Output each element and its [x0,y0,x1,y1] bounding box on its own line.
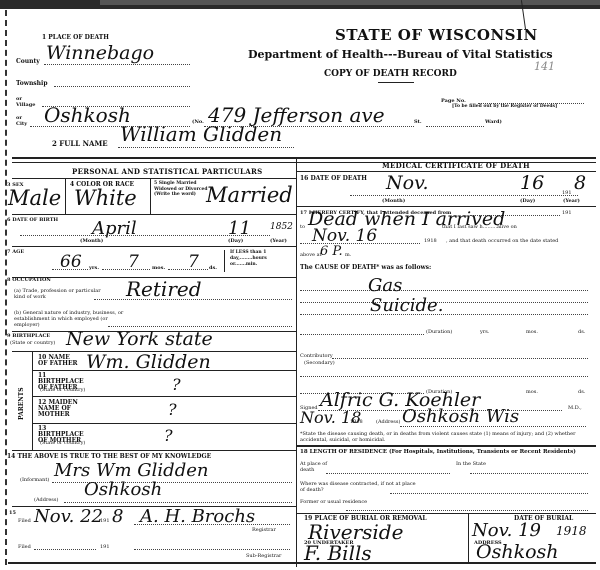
death-year-value: 1918 [424,238,437,244]
column-divider [296,157,297,567]
contributory-label: Contributory [300,353,333,359]
undertaker-address-value: Oshkosh [476,541,559,563]
disease-contracted-line [390,493,588,494]
informant-address-line [64,502,292,503]
informant-label: (Informant) [20,477,49,483]
cell-divider [468,513,469,563]
former-residence-line [346,510,588,511]
parents-divider [32,423,33,450]
scan-top-border-shadow [100,0,600,5]
street-label: St. [414,119,422,125]
ward-line [426,126,484,127]
row-divider [12,450,296,451]
days-unit: ds. [209,265,217,271]
city-value: Oshkosh [44,103,131,127]
marital-status-value: Married [206,183,293,207]
contributory-line-2 [300,376,588,377]
filed2-label: Filed [18,544,31,550]
dob-year-value: 1852 [270,222,293,232]
registrar-line [134,524,290,525]
filed-year-suffix: 8 [112,506,123,527]
subregistrar-line [134,549,290,550]
cause-line-3 [300,314,588,315]
contributory-line [332,358,588,359]
dod-day-caption: (Day) [520,198,535,204]
city-label: or City [16,115,30,127]
residence-label: 18 LENGTH OF RESIDENCE (For Hospitals, I… [300,449,576,455]
undertaker-value: F. Bills [304,541,372,565]
department-title: Department of Health---Bureau of Vital S… [248,48,553,61]
full-name-label: 2 FULL NAME [52,140,108,147]
death-occurred-text: , and that death occurred on the date st… [446,238,558,244]
row-divider [12,246,296,247]
cause-line-1 [300,290,588,291]
marital-status-label: 5 Single Married Widowed or Divorced (Wr… [154,181,210,198]
informant-address-value: Oshkosh [84,479,162,500]
cause-of-death-line-2: Suicide. [370,295,443,316]
ward-label: Ward) [485,119,502,125]
registrar-label: Registrar [252,527,276,533]
filed-date-value: Nov. 22 [34,506,103,527]
duration2-mos: mos. [526,389,538,395]
years-unit: yrs. [89,265,99,271]
row-divider [296,513,596,514]
physician-address-label: (Address) [376,419,400,425]
birthplace-sub-label: (State or country) [10,340,55,346]
cell-divider [150,178,151,214]
age-years-line [52,269,88,270]
last-saw-text: that I last saw h.........alive on [442,224,517,230]
duration-line [300,334,424,335]
place-of-death-label: 1 PLACE OF DEATH [42,34,109,41]
burial-date-value: Nov. 19 [472,520,541,541]
time-of-death-value: 6 P. [320,244,343,259]
stamp-number: 141 [534,60,555,73]
cause-of-death-label: The CAUSE OF DEATH* was as follows: [300,265,431,271]
mother-birthplace-sub-label: (State or country) [40,440,85,446]
duration-ds: ds. [578,329,585,335]
at-place-label: At place of death [300,461,330,473]
dob-label: 6 DATE OF BIRTH [7,217,58,223]
mother-maiden-label: 12 MAIDEN NAME OF MOTHER [38,400,98,418]
months-unit: mos. [152,265,165,271]
dob-day-caption: (Day) [228,238,243,244]
row-divider [12,214,296,215]
mother-birthplace-value: ? [164,426,173,445]
death-underline [378,82,414,83]
filed-label: Filed [18,518,31,524]
filed2-year: 191 [100,544,110,550]
informant-address-label: (Address) [34,497,58,503]
cause-line-2 [300,302,588,303]
row-divider [12,178,296,179]
secondary-label: (Secondary) [304,360,335,366]
less-than-day-label: If LESS than 1 day,........hours or.....… [230,250,294,268]
signed-year-value: 1918 [350,419,363,425]
age-label: 7 AGE [7,249,24,255]
duration-yrs: yrs. [480,329,489,335]
occupation-label: 8 OCCUPATION [7,277,51,283]
occupation-value: Retired [126,277,202,301]
race-value: White [74,186,137,210]
physician-address-value: Oshkosh Wis [402,406,519,427]
dod-month-caption: (Month) [382,198,405,204]
row-divider [32,396,296,397]
death-date-line [300,243,420,244]
duration-label: (Duration) [426,329,452,335]
personal-section-title: PERSONAL AND STATISTICAL PARTICULARS [72,167,262,176]
dob-day-value: 11 [228,218,251,239]
cause-of-death-line-1: Gas [368,275,402,296]
informant-value: Mrs Wm Glidden [54,460,208,481]
mother-maiden-value: ? [168,400,177,419]
filed2-line [34,549,96,550]
row-divider [296,206,596,207]
duration2-ds: ds. [578,389,585,395]
section-divider [12,157,596,159]
row-divider [296,171,596,172]
row-divider [296,445,596,447]
cell-divider [224,250,225,272]
above-at-label: above at [300,252,322,258]
filed-year-prefix: 191 [100,518,110,524]
physician-address-line [400,426,586,427]
township-line [54,86,190,87]
state-title: STATE OF WISCONSIN [335,26,538,44]
township-label: Township [16,80,48,87]
in-state-line [470,473,588,474]
dod-year-suffix: 8 [574,172,586,194]
sex-value: Male [8,186,61,210]
dod-year-prefix: 191 [562,190,572,196]
dod-label: 16 DATE OF DEATH [300,176,367,182]
occupation-line [94,299,292,300]
father-birthplace-value: ? [172,375,181,394]
row-divider [32,423,296,424]
county-line [44,64,190,65]
birthplace-label: 9 BIRTHPLACE [7,333,50,339]
dob-year-caption: (Year) [270,238,287,244]
cell-divider [65,178,66,214]
footnote: *State the disease causing death, or in … [300,431,590,443]
dod-year-caption: (Year) [563,198,580,204]
parents-divider [32,351,33,423]
former-residence-label: Former or usual residence [300,499,370,505]
disease-contracted-label: Where was disease contracted, if not at … [300,481,420,493]
dob-month-caption: (Month) [80,238,103,244]
father-name-label: 10 NAME OF FATHER [38,355,78,367]
father-birthplace-sub-label: (State or country) [40,387,85,393]
industry-line [108,326,292,327]
medical-section-title: MEDICAL CERTIFICATE OF DEATH [382,161,530,170]
filing-number: 15 [9,510,16,516]
birthplace-value: New York state [66,328,213,350]
in-state-label: In the State [456,461,486,467]
parents-label: PARENTS [18,380,25,420]
row-divider [32,370,296,371]
dod-month-value: Nov. [386,172,429,194]
county-label: County [16,58,40,65]
to-label: to [300,224,305,230]
page-no-note: [To be filled out by the Register of Dee… [452,104,557,110]
dod-day-value: 16 [520,172,544,194]
dod-line [350,195,578,196]
md-label: M.D., [568,405,582,411]
full-name-value: William Glidden [120,122,282,146]
burial-year-value: 1918 [556,524,587,538]
county-value: Winnebago [46,42,154,64]
subregistrar-label: Sub-Registrar [246,553,281,559]
age-months-line [102,269,150,270]
village-label: or Village [16,96,36,108]
at-place-line [326,473,450,474]
age-days-line [168,269,208,270]
occupation-a-label: (a) Trade, profession or particular kind… [14,288,104,300]
full-name-line [118,147,294,148]
m-label: m. [345,252,351,258]
duration-mos: mos. [526,329,538,335]
record-type-title: COPY OF DEATH RECORD [324,69,457,79]
certify-from-year: 191 [562,210,572,216]
